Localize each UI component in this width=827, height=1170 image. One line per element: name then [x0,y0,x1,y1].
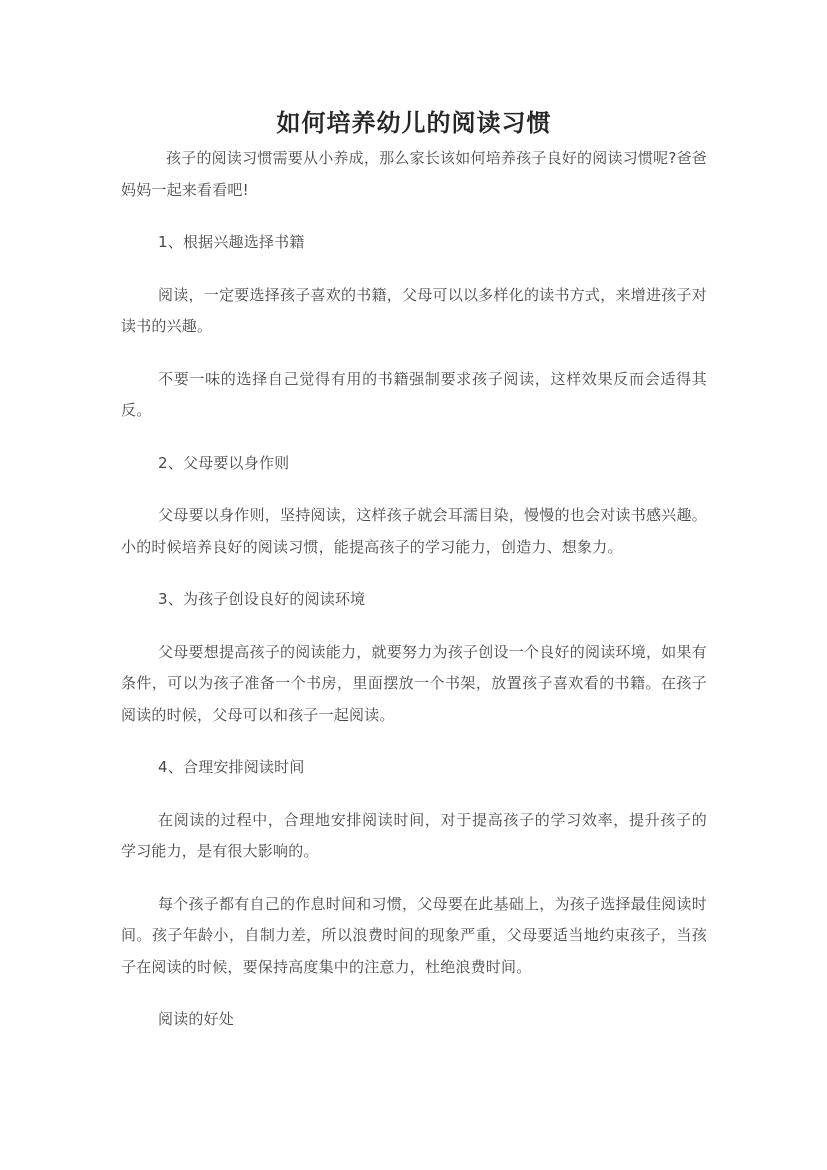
document-content: 如何培养幼儿的阅读习惯 孩子的阅读习惯需要从小养成，那么家长该如何培养孩子良好的… [0,0,827,1036]
paragraph: 在阅读的过程中，合理地安排阅读时间，对于提高孩子的学习效率，提升孩子的 学习能力… [121,805,707,868]
document-page: 如何培养幼儿的阅读习惯 孩子的阅读习惯需要从小养成，那么家长该如何培养孩子良好的… [0,0,827,1170]
paragraph: 每个孩子都有自己的作息时间和习惯，父母要在此基础上，为孩子选择最佳阅读时间。孩子… [121,889,707,984]
paragraph: 孩子的阅读习惯需要从小养成，那么家长该如何培养孩子良好的阅读习惯呢?爸爸妈妈一起… [121,143,707,206]
paragraph: 父母要想提高孩子的阅读能力，就要努力为孩子创设一个良好的阅读环境，如果有条件，可… [121,637,707,732]
paragraph: 阅读，一定要选择孩子喜欢的书籍，父母可以以多样化的读书方式，来增进孩子对读书的兴… [121,280,707,343]
section-heading: 阅读的好处 [121,1004,707,1036]
section-heading: 3、为孩子创设良好的阅读环境 [121,584,707,616]
document-title: 如何培养幼儿的阅读习惯 [121,106,707,140]
paragraph: 不要一味的选择自己觉得有用的书籍强制要求孩子阅读，这样效果反而会适得其反。 [121,364,707,427]
section-heading: 1、根据兴趣选择书籍 [121,227,707,259]
document-body: 孩子的阅读习惯需要从小养成，那么家长该如何培养孩子良好的阅读习惯呢?爸爸妈妈一起… [121,143,707,1036]
paragraph: 父母要以身作则，坚持阅读，这样孩子就会耳濡目染，慢慢的也会对读书感兴趣。小的时候… [121,500,707,563]
section-heading: 2、父母要以身作则 [121,448,707,480]
section-heading: 4、合理安排阅读时间 [121,752,707,784]
